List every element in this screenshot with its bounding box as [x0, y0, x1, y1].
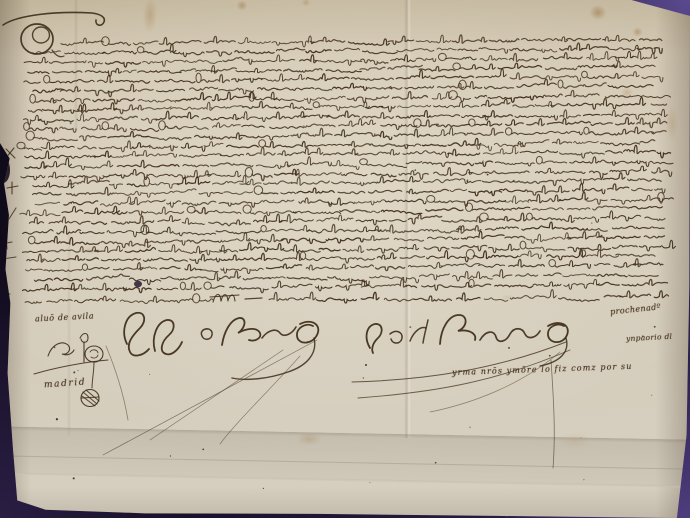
opening-initial-and-bracket [3, 13, 104, 57]
notarial-rubric [34, 334, 128, 421]
testado-strike-mark [210, 294, 262, 302]
handwriting-ink-layer [0, 0, 690, 518]
manuscript-paper: aluō de avila madrid prochenadº ynpaorio… [0, 0, 690, 518]
queen-signature [352, 315, 570, 468]
body-text-scribble [16, 32, 676, 306]
king-signature [103, 313, 318, 455]
manuscript-photo: aluō de avila madrid prochenadº ynpaorio… [0, 0, 690, 518]
